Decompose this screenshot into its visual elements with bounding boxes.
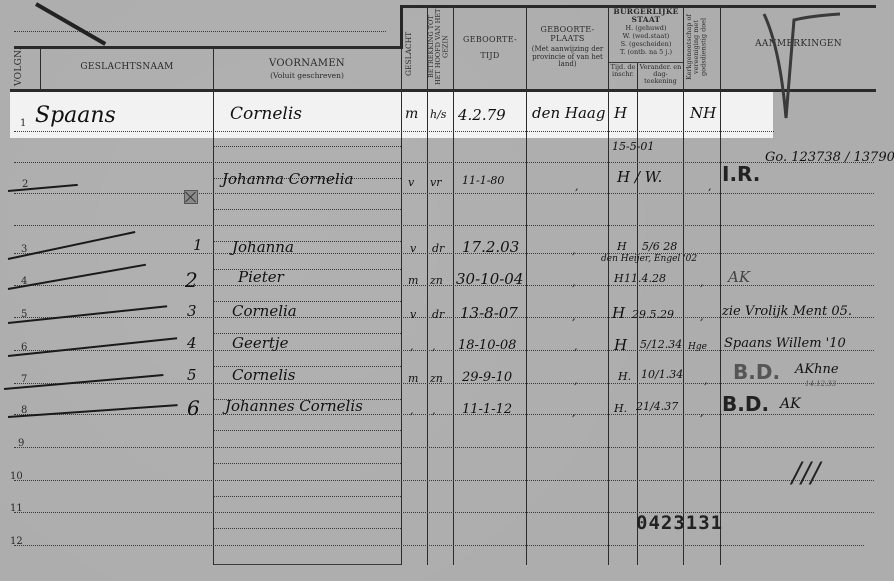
cell-inschr: 5/12.34 bbox=[640, 338, 682, 351]
cell-geslachtsnaam: Spaans bbox=[35, 103, 116, 128]
cell-geboortetijd: 17.2.03 bbox=[462, 238, 519, 256]
cell-betrekking: zn bbox=[430, 372, 443, 385]
cell-inschr: 10/1.34 bbox=[641, 368, 683, 381]
header-geboortetijd-1: GEBOORTE- bbox=[454, 36, 526, 45]
subrow-line bbox=[214, 209, 401, 210]
header-volgn: VOLGN. bbox=[15, 52, 31, 86]
cell-staat: H bbox=[614, 336, 627, 354]
col-line-volgn bbox=[40, 48, 41, 90]
cell-voornamen: Johanna bbox=[232, 238, 294, 256]
cell-voornamen: Cornelis bbox=[230, 104, 302, 124]
row-line-9 bbox=[14, 447, 874, 448]
row-number: 6 bbox=[21, 342, 27, 353]
child-number: 1 bbox=[193, 236, 203, 254]
header-voornamen: VOORNAMEN bbox=[214, 58, 400, 69]
row-number: 11 bbox=[10, 503, 23, 514]
row-line-2b bbox=[14, 225, 874, 226]
cell-kerk: , bbox=[708, 180, 712, 193]
strike-line bbox=[8, 305, 167, 324]
stamped-box-icon bbox=[184, 190, 198, 204]
row-number: 5 bbox=[21, 309, 27, 320]
cell-geboorteplaats: , bbox=[574, 374, 578, 387]
cell-aanmerkingen: AKhne bbox=[795, 362, 839, 377]
cell-geslacht: , bbox=[410, 404, 414, 417]
strike-line bbox=[8, 184, 78, 192]
cell-geboortetijd: 13-8-07 bbox=[460, 304, 518, 322]
cell-staat: H / W. bbox=[617, 168, 662, 186]
top-dotted-line bbox=[14, 31, 386, 32]
cell-geboorteplaats: , bbox=[572, 406, 576, 419]
row-line-2 bbox=[14, 193, 874, 194]
child-number: 6 bbox=[187, 396, 200, 420]
cell-staat: H. bbox=[614, 402, 627, 415]
header-top-rule-left bbox=[14, 46, 401, 49]
cell-kerk: , bbox=[700, 406, 704, 419]
header-betrekking: BETREKKING TOT HET HOOFD VAN HET GEZIN bbox=[428, 8, 452, 86]
cell-geboortetijd: 4.2.79 bbox=[458, 106, 506, 124]
header-geslachtsnaam: GESLACHTSNAAM bbox=[42, 63, 212, 73]
subrow-line bbox=[214, 463, 401, 464]
cell-voornamen: Johanna Cornelia bbox=[222, 170, 353, 188]
cell-betrekking: dr bbox=[432, 242, 444, 255]
subrow-line bbox=[214, 496, 401, 497]
header-voornamen-sub: (Voluit geschreven) bbox=[214, 72, 400, 80]
cell-voornamen: Pieter bbox=[238, 268, 284, 286]
cell-geslacht: m bbox=[405, 106, 418, 122]
col-line-voornamen-lower bbox=[213, 140, 214, 565]
check-mark-icon bbox=[760, 8, 850, 128]
cell-geboorteplaats: , bbox=[572, 244, 576, 257]
cell-geboortetijd: 11-1-12 bbox=[462, 402, 512, 417]
cell-voornamen: Johannes Cornelis bbox=[225, 397, 363, 415]
cell-geboortetijd: 18-10-08 bbox=[458, 338, 516, 353]
child-number: 3 bbox=[187, 302, 197, 320]
cell-staat: H. bbox=[618, 370, 631, 383]
cell-kerk: Hge bbox=[688, 342, 707, 352]
row-number: 7 bbox=[21, 374, 27, 385]
row-line-1 bbox=[14, 131, 774, 132]
child-number: 4 bbox=[187, 334, 197, 352]
cell-geboortetijd: 30-10-04 bbox=[456, 270, 523, 288]
cell-geboorteplaats: , bbox=[574, 340, 578, 353]
header-geboorteplaats-2: PLAATS bbox=[527, 35, 608, 44]
cell-betrekking: vr bbox=[430, 176, 441, 189]
cell-betrekking: zn bbox=[430, 274, 443, 287]
bd-stamp: B.D. bbox=[722, 392, 769, 416]
header-bs-t: T. (ontb. na 5 j.) bbox=[609, 49, 683, 56]
subrow-line bbox=[214, 528, 401, 529]
cell-voornamen: Cornelis bbox=[232, 366, 296, 384]
strike-line bbox=[8, 404, 178, 418]
subrow-line bbox=[214, 430, 401, 431]
cell-staat: H bbox=[614, 272, 624, 285]
cell-geboortetijd: 11-1-80 bbox=[462, 174, 504, 187]
cell-aanmerkingen: AK bbox=[780, 396, 801, 412]
subrow-line bbox=[214, 146, 401, 147]
cell-kerk: NH bbox=[690, 104, 716, 122]
cell-voornamen: Cornelia bbox=[232, 302, 297, 320]
cell-betrekking: , bbox=[432, 340, 436, 353]
child-number: 5 bbox=[187, 366, 197, 384]
header-geboorteplaats-sub: (Met aanwijzing der provincie of van het… bbox=[530, 46, 605, 69]
cell-geboorteplaats: den Haag bbox=[532, 104, 605, 122]
row-number: 10 bbox=[10, 471, 23, 482]
cell-voornamen: Geertje bbox=[232, 334, 288, 352]
cell-betrekking: dr bbox=[432, 308, 444, 321]
row-line-10 bbox=[14, 480, 874, 481]
cell-staat: H bbox=[617, 240, 627, 253]
strike-line bbox=[8, 264, 146, 290]
cell-geslacht: v bbox=[410, 308, 416, 321]
cell-betrekking: , bbox=[432, 404, 436, 417]
serial-number-stamp: 0423131 bbox=[636, 512, 723, 534]
cell-betrekking: h/s bbox=[430, 108, 446, 121]
ir-stamp: I.R. bbox=[722, 162, 760, 186]
cell-inschr: 5/6 28 bbox=[642, 240, 677, 253]
cell-kerk: , bbox=[700, 310, 704, 323]
child-number: 2 bbox=[185, 268, 198, 292]
row-number: 9 bbox=[18, 438, 24, 449]
col-line-geslacht bbox=[401, 48, 402, 565]
cell-geslacht: m bbox=[408, 274, 418, 287]
cell-geboorteplaats: , bbox=[575, 180, 579, 193]
cell-staat: H bbox=[614, 104, 627, 122]
cell-geslacht: , bbox=[410, 340, 414, 353]
cell-geboorteplaats: , bbox=[572, 310, 576, 323]
cell-geboortetijd: 29-9-10 bbox=[462, 370, 512, 385]
cell-aanmerkingen: zie Vrolijk Ment 05. bbox=[722, 304, 852, 319]
pen-stroke bbox=[35, 2, 106, 45]
header-verander: Verander. en dag-teekening bbox=[638, 64, 683, 85]
row-number: 12 bbox=[10, 536, 23, 547]
cell-geslacht: v bbox=[408, 176, 414, 189]
header-kerkgenootschap: Kerkgenootschap of vereeniging met godsd… bbox=[686, 8, 718, 86]
row-line-12 bbox=[14, 545, 864, 546]
header-step-line bbox=[400, 5, 403, 49]
row-number: 1 bbox=[20, 118, 26, 129]
header-burgerlijke-staat: BURGERLIJKE STAAT bbox=[609, 8, 683, 25]
stamp-note: 14.12.33 bbox=[805, 380, 836, 388]
cell-geboorteplaats: , bbox=[572, 276, 576, 289]
row-line-11 bbox=[14, 512, 874, 513]
header-tijd-inschr: Tijd. de inschr. bbox=[609, 64, 637, 78]
strike-line bbox=[8, 337, 177, 357]
cell-aanmerkingen: AK bbox=[728, 268, 750, 286]
bottom-rule bbox=[214, 564, 401, 565]
cell-inschr: 11.4.28 bbox=[624, 272, 666, 285]
cell-aanmerkingen: Spaans Willem '10 bbox=[724, 336, 846, 351]
cell-geslacht: v bbox=[410, 242, 416, 255]
cell-inschr: 15-5-01 bbox=[612, 140, 654, 153]
family-register-card: VOLGN. GESLACHTSNAAM VOORNAMEN (Voluit g… bbox=[0, 0, 894, 581]
cell-kerk: , bbox=[700, 276, 704, 289]
cell-kerk: , bbox=[704, 374, 708, 387]
cell-aanmerkingen: Go. 123738 / 13790 bbox=[765, 150, 894, 165]
header-geboortetijd-2: TIJD bbox=[454, 52, 526, 61]
header-bottom-rule bbox=[10, 89, 876, 92]
bd-stamp: B.D. bbox=[733, 360, 780, 384]
tally-mark: /// bbox=[792, 456, 820, 489]
cell-inschr: 21/4.37 bbox=[636, 400, 678, 413]
cell-note: den Heijer, Engel '02 bbox=[601, 254, 697, 264]
cell-inschr: 29.5.29 bbox=[632, 308, 674, 321]
header-geslacht: GESLACHT bbox=[405, 24, 423, 84]
cell-geslacht: m bbox=[408, 372, 418, 385]
cell-staat: H bbox=[612, 304, 625, 322]
